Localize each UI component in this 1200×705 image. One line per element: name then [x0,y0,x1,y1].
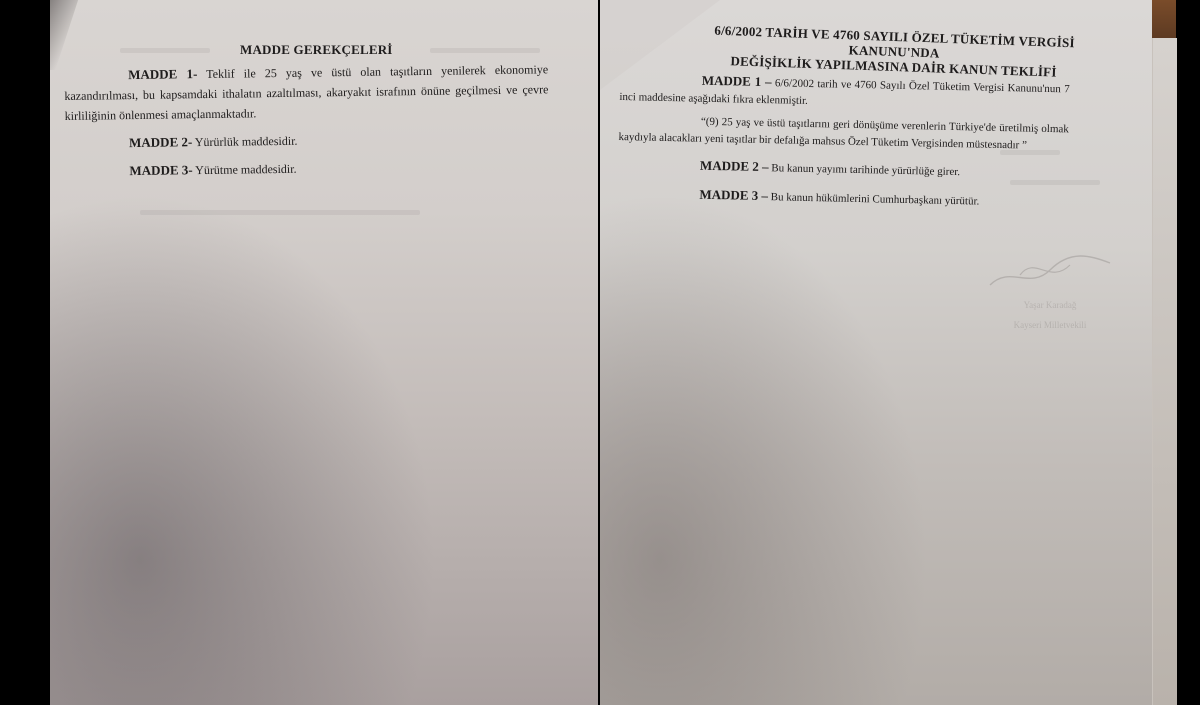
article-label: MADDE 3 – [699,187,768,203]
signature-scribble-icon [980,245,1120,295]
page-fold-shadow [50,0,85,70]
bleed-through-text [1000,150,1060,155]
wooden-table-edge [1152,0,1176,38]
article-text: Yürürlük maddesidir. [195,134,298,149]
article-2: MADDE 2 – Bu kanun yayımı tarihinde yürü… [618,154,1068,184]
signatory-name: Yaşar Karadağ [980,300,1120,310]
page-title: MADDE GEREKÇELERİ [240,42,393,58]
underlying-page-edge [1152,38,1177,705]
article-text: Yürütme maddesidir. [195,162,297,177]
article-label: MADDE 1- [128,66,197,82]
article-3: MADDE 3 – Bu kanun hükümlerini Cumhurbaş… [617,183,1067,213]
signatory-title: Kayseri Milletvekili [980,320,1120,330]
bleed-through-text [120,48,210,53]
bleed-through-text [430,48,540,53]
article-text: Bu kanun yayımı tarihinde yürürlüğe gire… [771,162,960,178]
article-label: MADDE 3- [129,162,192,178]
article-3: MADDE 3- Yürütme maddesidir. [65,155,549,182]
right-document-page: 6/6/2002 TARİH VE 4760 SAYILI ÖZEL TÜKET… [600,0,1176,705]
amendment-quote: “(9) 25 yaş ve üstü taşıtlarını geri dön… [618,112,1069,155]
bleed-through-text [140,210,420,215]
rationale-body: MADDE 1- Teklif ile 25 yaş ve üstü olan … [64,59,550,182]
article-label: MADDE 2- [129,134,192,150]
article-text: Bu kanun hükümlerini Cumhurbaşkanı yürüt… [771,191,980,207]
bill-body: MADDE 1 – 6/6/2002 tarih ve 4760 Sayılı … [617,70,1070,213]
article-label: MADDE 2 – [700,158,769,174]
article-1: MADDE 1- Teklif ile 25 yaş ve üstü olan … [64,59,549,126]
signature-block: Yaşar Karadağ Kayseri Milletvekili [980,245,1120,345]
article-2: MADDE 2- Yürürlük maddesidir. [65,127,549,154]
article-label: MADDE 1 – [702,73,772,89]
article-text: 6/6/2002 tarih ve 4760 Sayılı Özel Tüket… [619,77,1070,107]
bleed-through-text [1010,180,1100,185]
left-document-page: MADDE GEREKÇELERİ MADDE 1- Teklif ile 25… [50,0,598,705]
